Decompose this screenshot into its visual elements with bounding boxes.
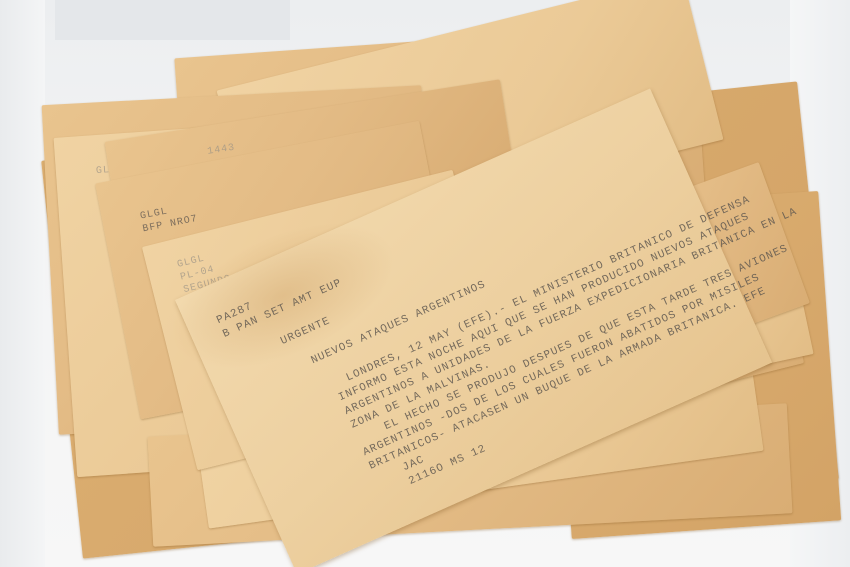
tray-back-panel (55, 0, 290, 40)
tray-left-wall (0, 0, 45, 567)
